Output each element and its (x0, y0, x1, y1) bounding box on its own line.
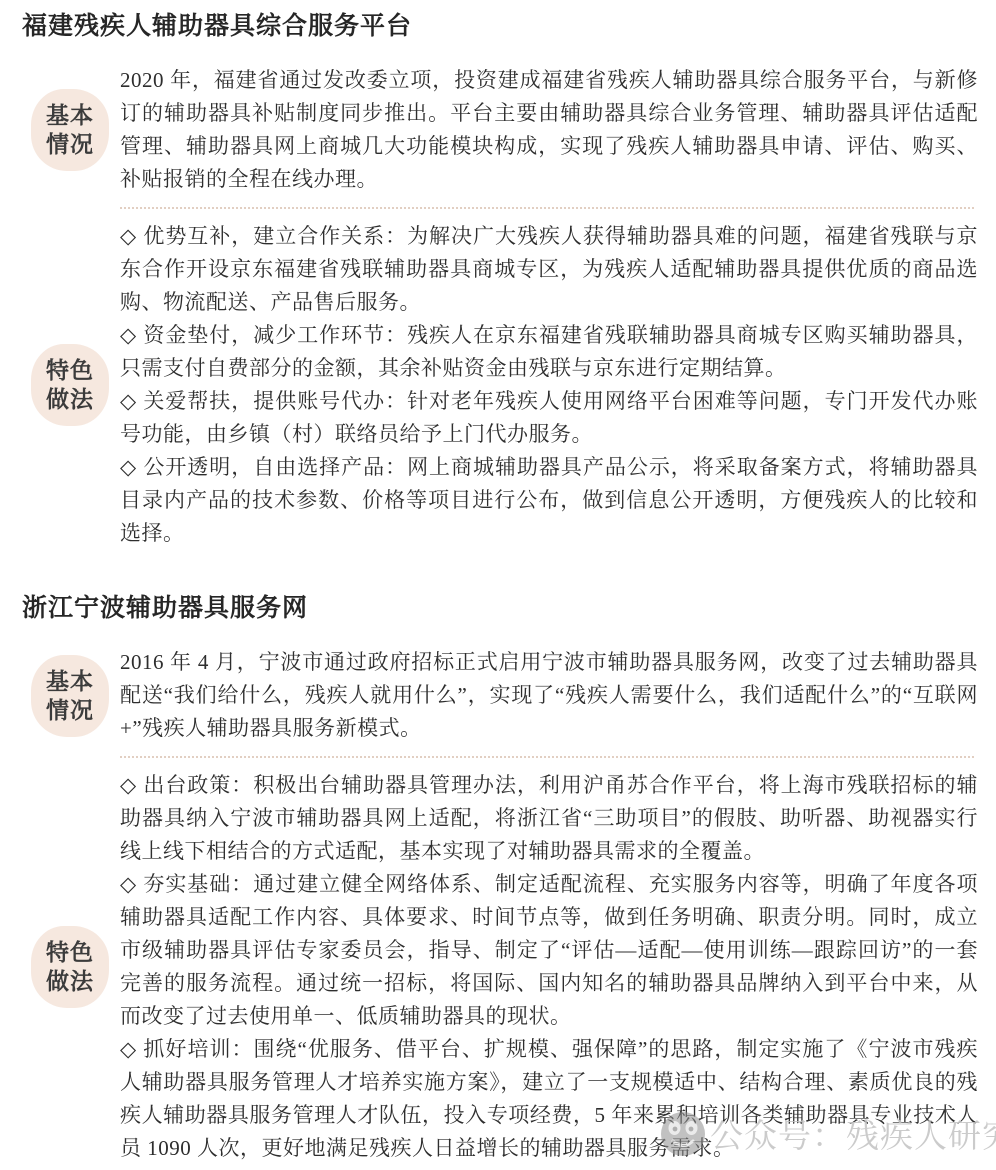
section-title-ningbo: 浙江宁波辅助器具服务网 (22, 592, 982, 624)
special-practices-row-ningbo: 特色 做法 ◇ 出台政策：积极出台辅助器具管理办法，利用沪甬苏合作平台，将上海市… (20, 769, 982, 1165)
dotted-divider (120, 756, 974, 758)
bullet-item: ◇ 关爱帮扶，提供账号代办：针对老年残疾人使用网络平台困难等问题，专门开发代办账… (120, 385, 978, 451)
basic-info-badge: 基本 情况 (31, 89, 109, 171)
bullet-item: ◇ 资金垫付，减少工作环节：残疾人在京东福建省残联辅助器具商城专区购买辅助器具，… (120, 319, 978, 385)
bullet-item: ◇ 夯实基础：通过建立健全网络体系、制定适配流程、充实服务内容等，明确了年度各项… (120, 868, 978, 1033)
badge-label-line: 情况 (46, 130, 94, 159)
dotted-divider (120, 207, 974, 209)
badge-label-line: 做法 (46, 967, 94, 996)
document-page: 福建残疾人辅助器具综合服务平台 基本 情况 2020 年，福建省通过发改委立项，… (0, 0, 996, 1170)
special-practices-badge: 特色 做法 (31, 344, 109, 426)
section-title-fujian: 福建残疾人辅助器具综合服务平台 (22, 10, 982, 42)
basic-info-text: 2020 年，福建省通过发改委立项，投资建成福建省残疾人辅助器具综合服务平台，与… (120, 64, 978, 196)
special-practices-row-fujian: 特色 做法 ◇ 优势互补，建立合作关系：为解决广大残疾人获得辅助器具难的问题，福… (20, 220, 982, 550)
basic-info-badge: 基本 情况 (31, 655, 109, 737)
bullet-item: ◇ 优势互补，建立合作关系：为解决广大残疾人获得辅助器具难的问题，福建省残联与京… (120, 220, 978, 319)
bullet-item: ◇ 出台政策：积极出台辅助器具管理办法，利用沪甬苏合作平台，将上海市残联招标的辅… (120, 769, 978, 868)
bullet-item: ◇ 抓好培训：围绕“优服务、借平台、扩规模、强保障”的思路，制定实施了《宁波市残… (120, 1033, 978, 1165)
badge-label-line: 做法 (46, 385, 94, 414)
bullet-item: ◇ 公开透明，自由选择产品：网上商城辅助器具产品公示，将采取备案方式，将辅助器具… (120, 451, 978, 550)
special-practices-badge: 特色 做法 (31, 926, 109, 1008)
badge-label-line: 特色 (46, 938, 94, 967)
basic-info-row-fujian: 基本 情况 2020 年，福建省通过发改委立项，投资建成福建省残疾人辅助器具综合… (20, 64, 982, 196)
page-content: 福建残疾人辅助器具综合服务平台 基本 情况 2020 年，福建省通过发改委立项，… (0, 0, 996, 1165)
basic-info-row-ningbo: 基本 情况 2016 年 4 月，宁波市通过政府招标正式启用宁波市辅助器具服务网… (20, 646, 982, 745)
badge-label-line: 特色 (46, 356, 94, 385)
badge-label-line: 基本 (46, 667, 94, 696)
badge-label-line: 基本 (46, 101, 94, 130)
basic-info-text: 2016 年 4 月，宁波市通过政府招标正式启用宁波市辅助器具服务网，改变了过去… (120, 646, 978, 745)
badge-label-line: 情况 (46, 696, 94, 725)
